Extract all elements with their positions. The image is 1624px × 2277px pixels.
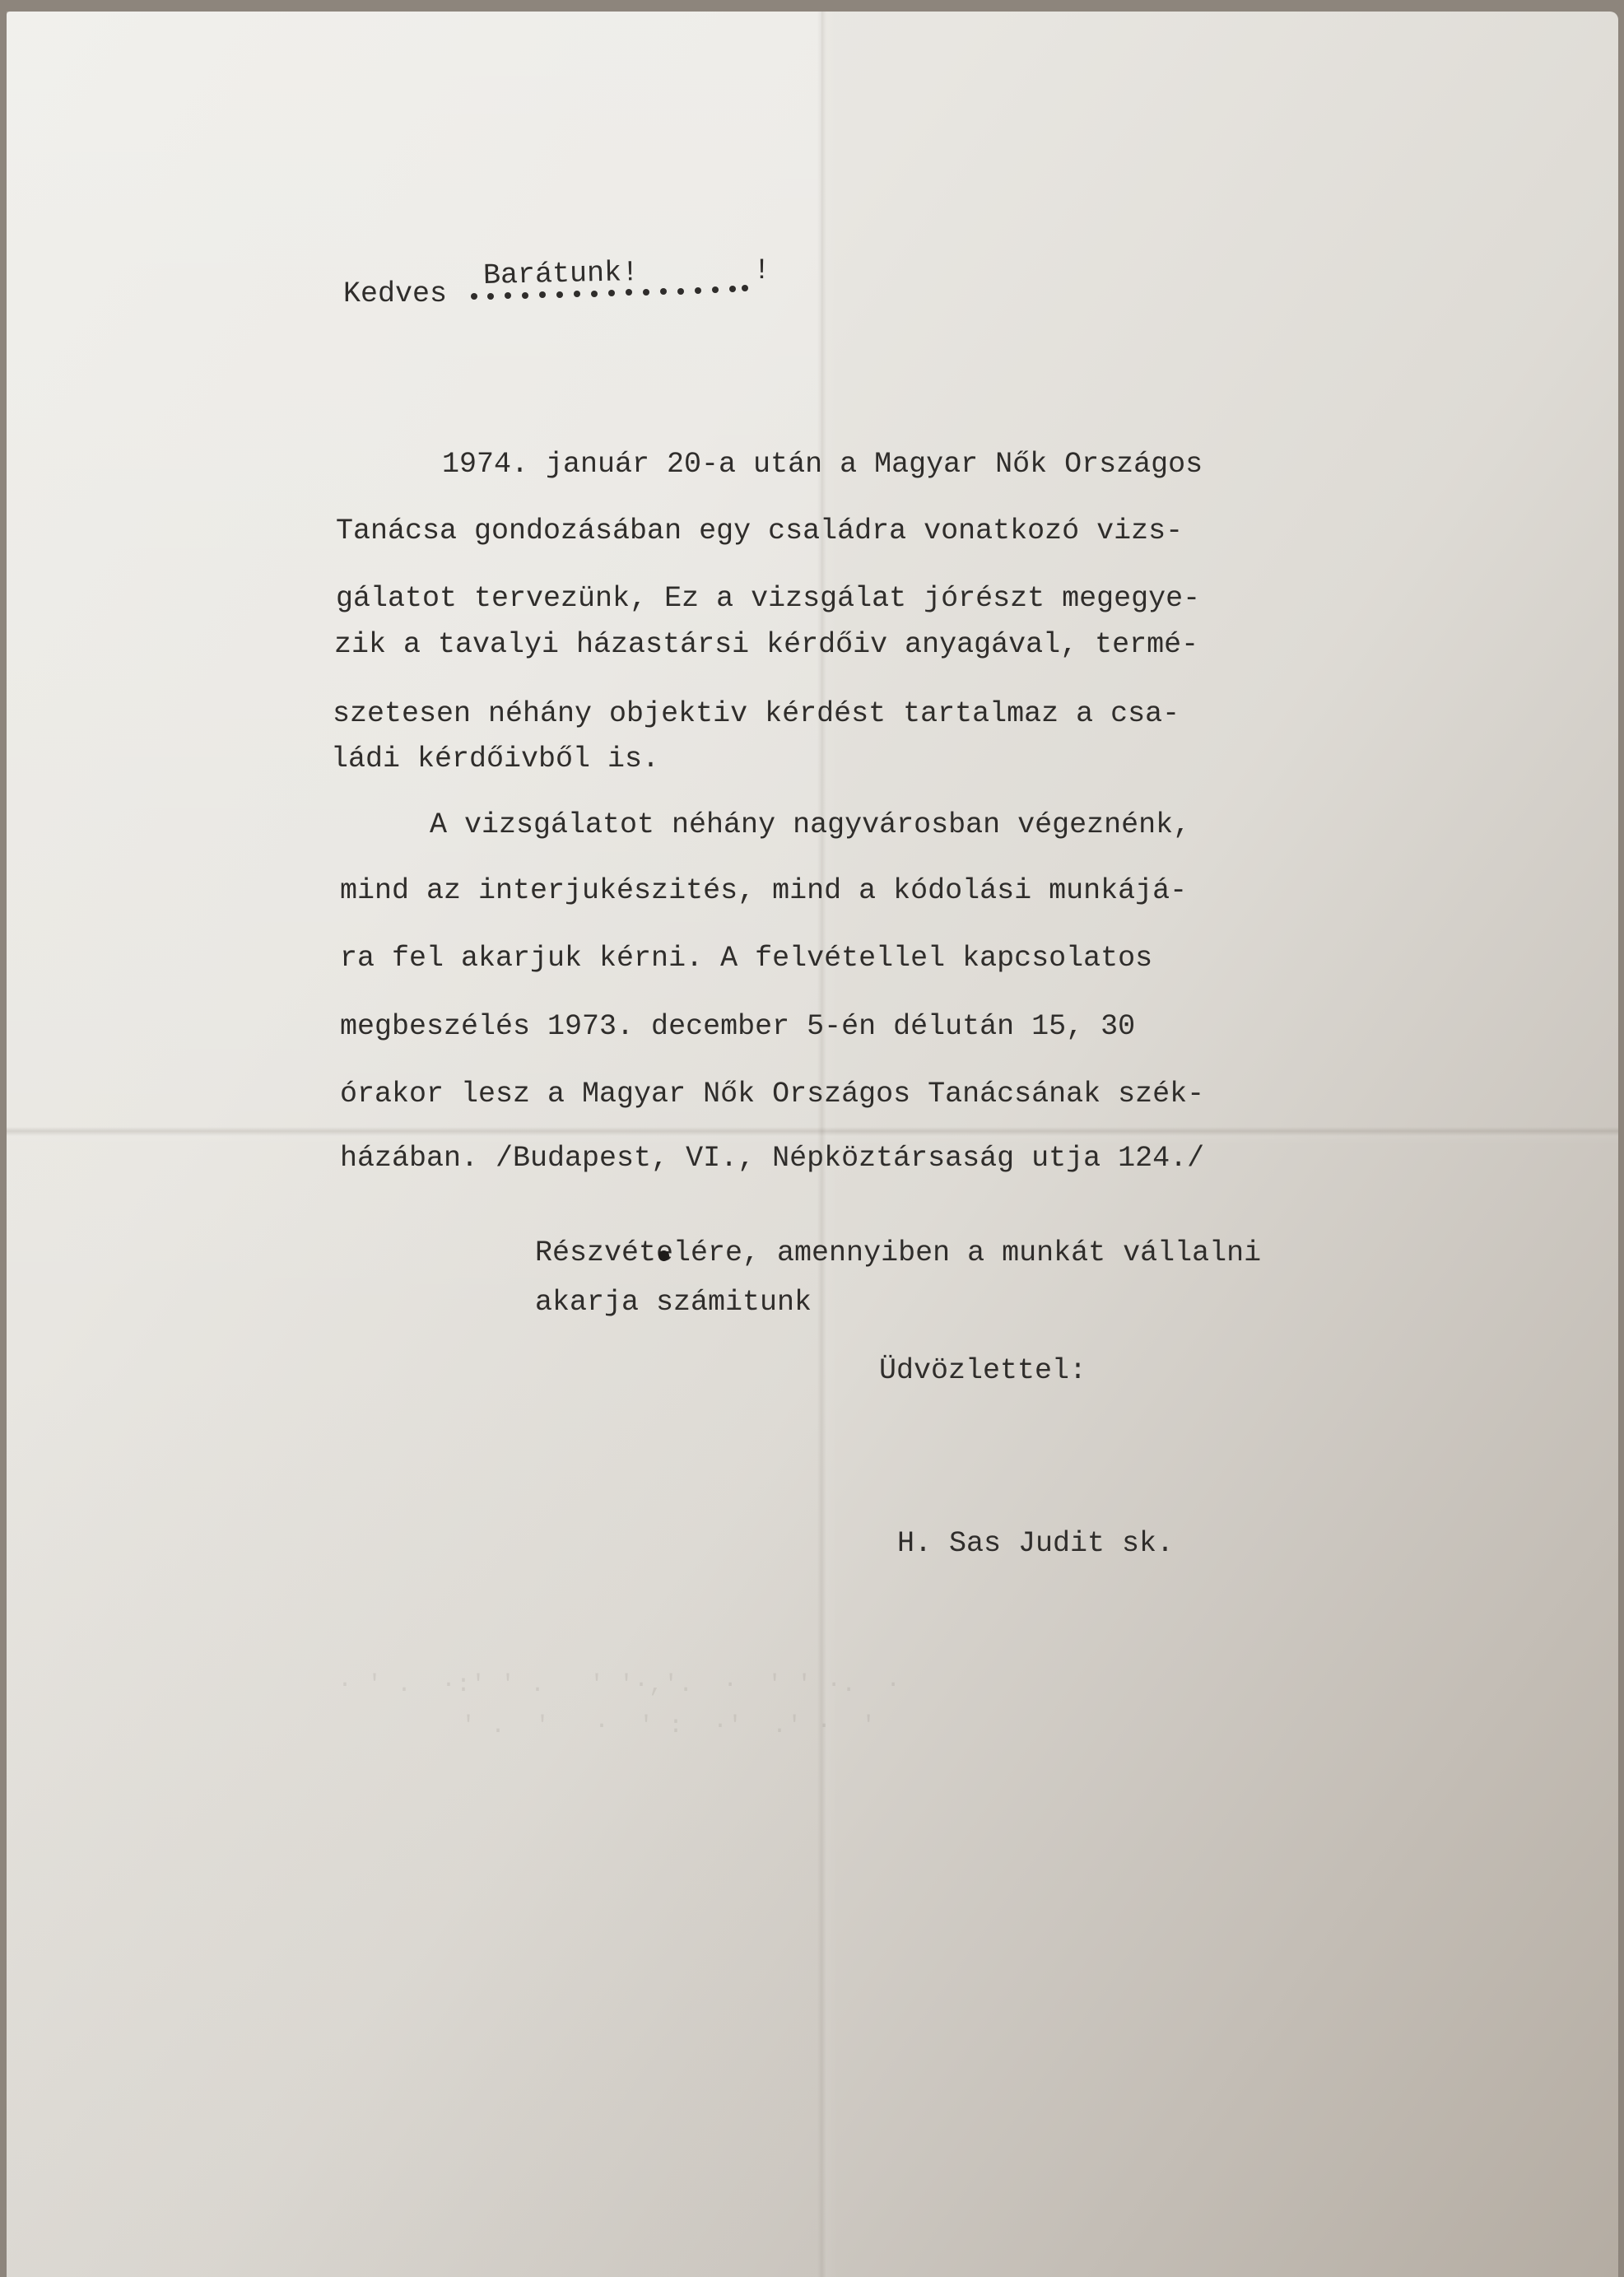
greeting-dotted-line: [471, 285, 751, 301]
greeting-end-mark: !: [753, 257, 770, 286]
paragraph-2-line-4: megbeszélés 1973. december 5-én délután …: [340, 1013, 1135, 1041]
paragraph-2-line-2: mind az interjukészités, mind a kódolási…: [340, 877, 1187, 906]
paragraph-1-line-1: 1974. január 20-a után a Magyar Nők Orsz…: [442, 450, 1203, 479]
paragraph-1-line-3: gálatot tervezünk, Ez a vizsgálat jórész…: [336, 584, 1200, 613]
paragraph-2-line-5: órakor lesz a Magyar Nők Országos Tanács…: [340, 1080, 1204, 1109]
bleed-through-marks: · ' . ·:' ' . ' '·,'. · ' ' ·. ·: [337, 1671, 900, 1699]
paragraph-2-line-1: A vizsgálatot néhány nagyvárosban végezn…: [430, 811, 1190, 840]
closing-line-2: akarja számitunk: [535, 1288, 812, 1317]
signature: H. Sas Judit sk.: [897, 1530, 1174, 1558]
paragraph-1-line-6: ládi kérdőivből is.: [331, 745, 659, 774]
valediction: Üdvözlettel:: [879, 1357, 1087, 1385]
paragraph-1-line-4: zik a tavalyi házastársi kérdőiv anyagáv…: [334, 631, 1198, 659]
paragraph-1-line-2: Tanácsa gondozásában egy családra vonatk…: [336, 517, 1183, 546]
closing-line-1: Részvételére, amennyiben a munkát vállal…: [535, 1239, 1261, 1268]
paragraph-1-line-5: szetesen néhány objektiv kérdést tartalm…: [333, 700, 1180, 729]
bleed-through-marks: ' . ' · ' : ·' .' · ': [461, 1712, 876, 1740]
paragraph-2-line-6: házában. /Budapest, VI., Népköztársaság …: [340, 1144, 1204, 1173]
ink-blot: [658, 1250, 669, 1261]
greeting-salutation: Kedves: [343, 280, 447, 309]
paragraph-2-line-3: ra fel akarjuk kérni. A felvétellel kapc…: [340, 944, 1152, 973]
